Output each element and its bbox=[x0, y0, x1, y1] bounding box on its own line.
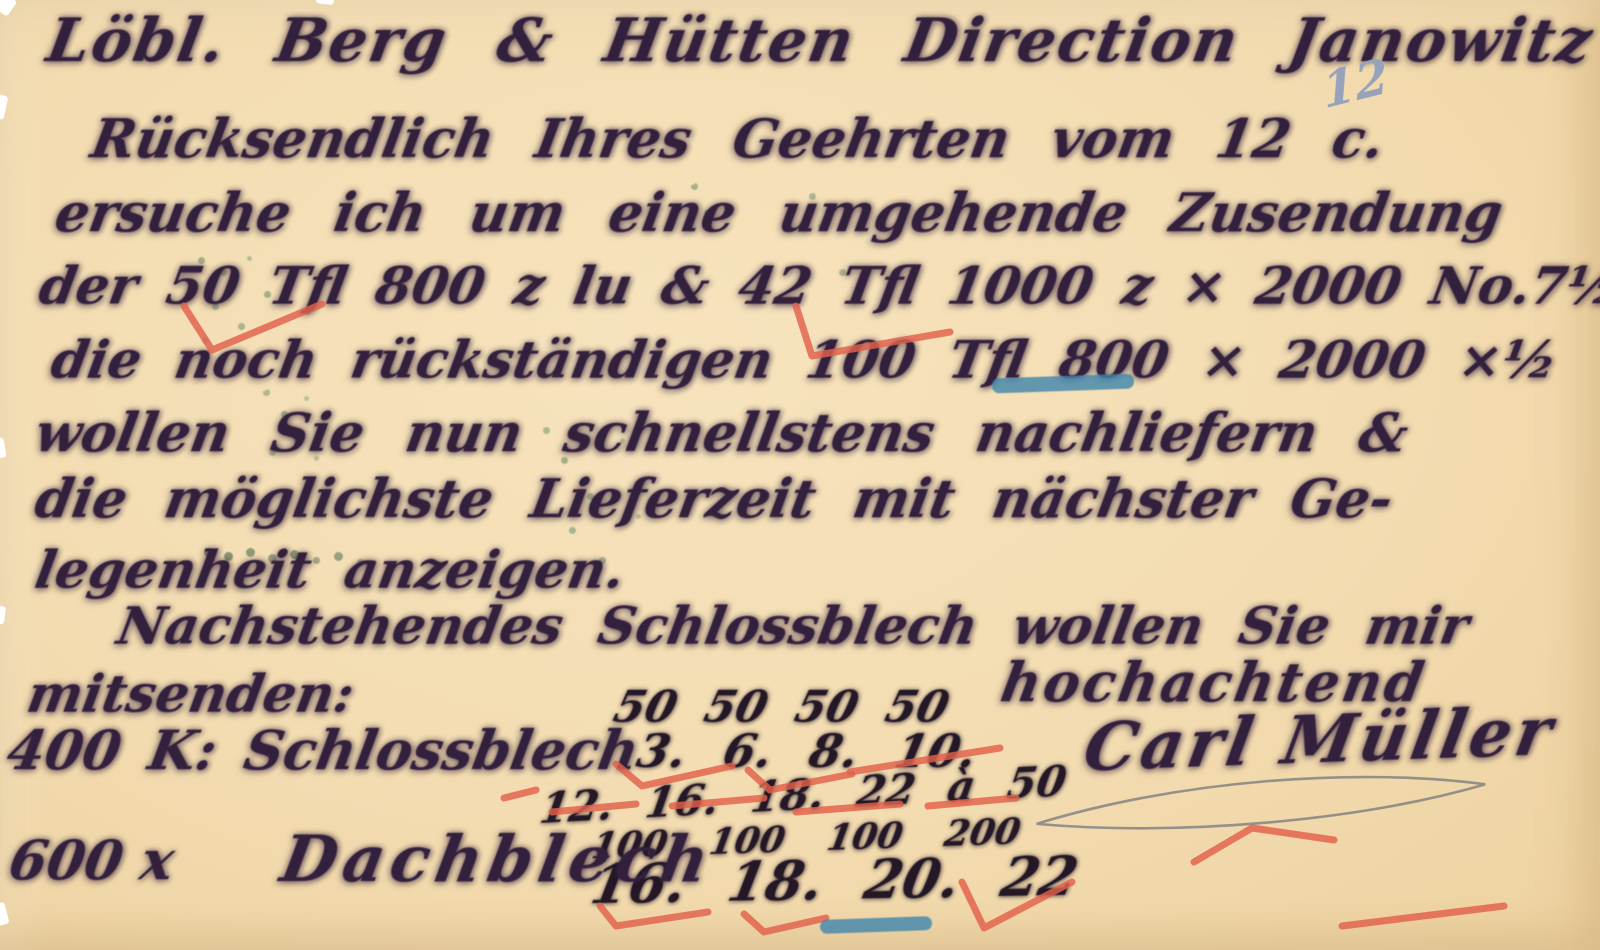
request-line-2: mitsenden: bbox=[23, 664, 359, 725]
red-check-icon bbox=[738, 906, 830, 936]
paper-tear bbox=[0, 0, 17, 17]
red-check-icon bbox=[596, 898, 714, 932]
body-line-5: wollen Sie nun schnellstens nachliefern … bbox=[31, 402, 1413, 464]
item2-quantity: 600 x bbox=[4, 828, 179, 892]
body-line-2: ersuche ich um eine umgehende Zusendung bbox=[51, 182, 1508, 244]
red-underline-mark bbox=[668, 792, 768, 810]
red-check-icon bbox=[952, 872, 1080, 934]
postcard-scan: Löbl. Berg & Hütten Direction Janowitz 1… bbox=[0, 0, 1600, 950]
red-underline-mark bbox=[846, 742, 1006, 776]
paper-tear bbox=[0, 94, 8, 120]
paper-tear bbox=[316, 0, 335, 5]
red-check-icon bbox=[788, 298, 958, 362]
red-underline-mark bbox=[548, 798, 640, 816]
paper-tear bbox=[0, 437, 7, 458]
red-tick-mark bbox=[500, 784, 540, 804]
body-line-7: legenheit anzeigen. bbox=[31, 540, 630, 601]
body-line-1: Rücksendlich Ihres Geehrten vom 12 c. bbox=[87, 108, 1389, 170]
red-underline-mark bbox=[792, 798, 904, 816]
item1-label: 400 K: Schlossblech bbox=[2, 718, 644, 782]
red-check-icon bbox=[742, 762, 857, 794]
red-check-icon bbox=[612, 756, 737, 790]
red-check-icon bbox=[178, 296, 328, 358]
request-line-1: Nachstehendes Schlossblech wollen Sie mi… bbox=[113, 596, 1474, 657]
red-underline-mark bbox=[924, 792, 1020, 810]
body-line-6: die möglichste Lieferzeit mit nächster G… bbox=[31, 468, 1398, 530]
paper-tear bbox=[0, 902, 9, 926]
blue-underline-mark bbox=[820, 916, 932, 934]
item2-label: Dachblech bbox=[275, 822, 720, 897]
red-underline-mark bbox=[1338, 898, 1508, 932]
paper-tear bbox=[0, 605, 6, 624]
red-angle-mark bbox=[1188, 822, 1338, 868]
